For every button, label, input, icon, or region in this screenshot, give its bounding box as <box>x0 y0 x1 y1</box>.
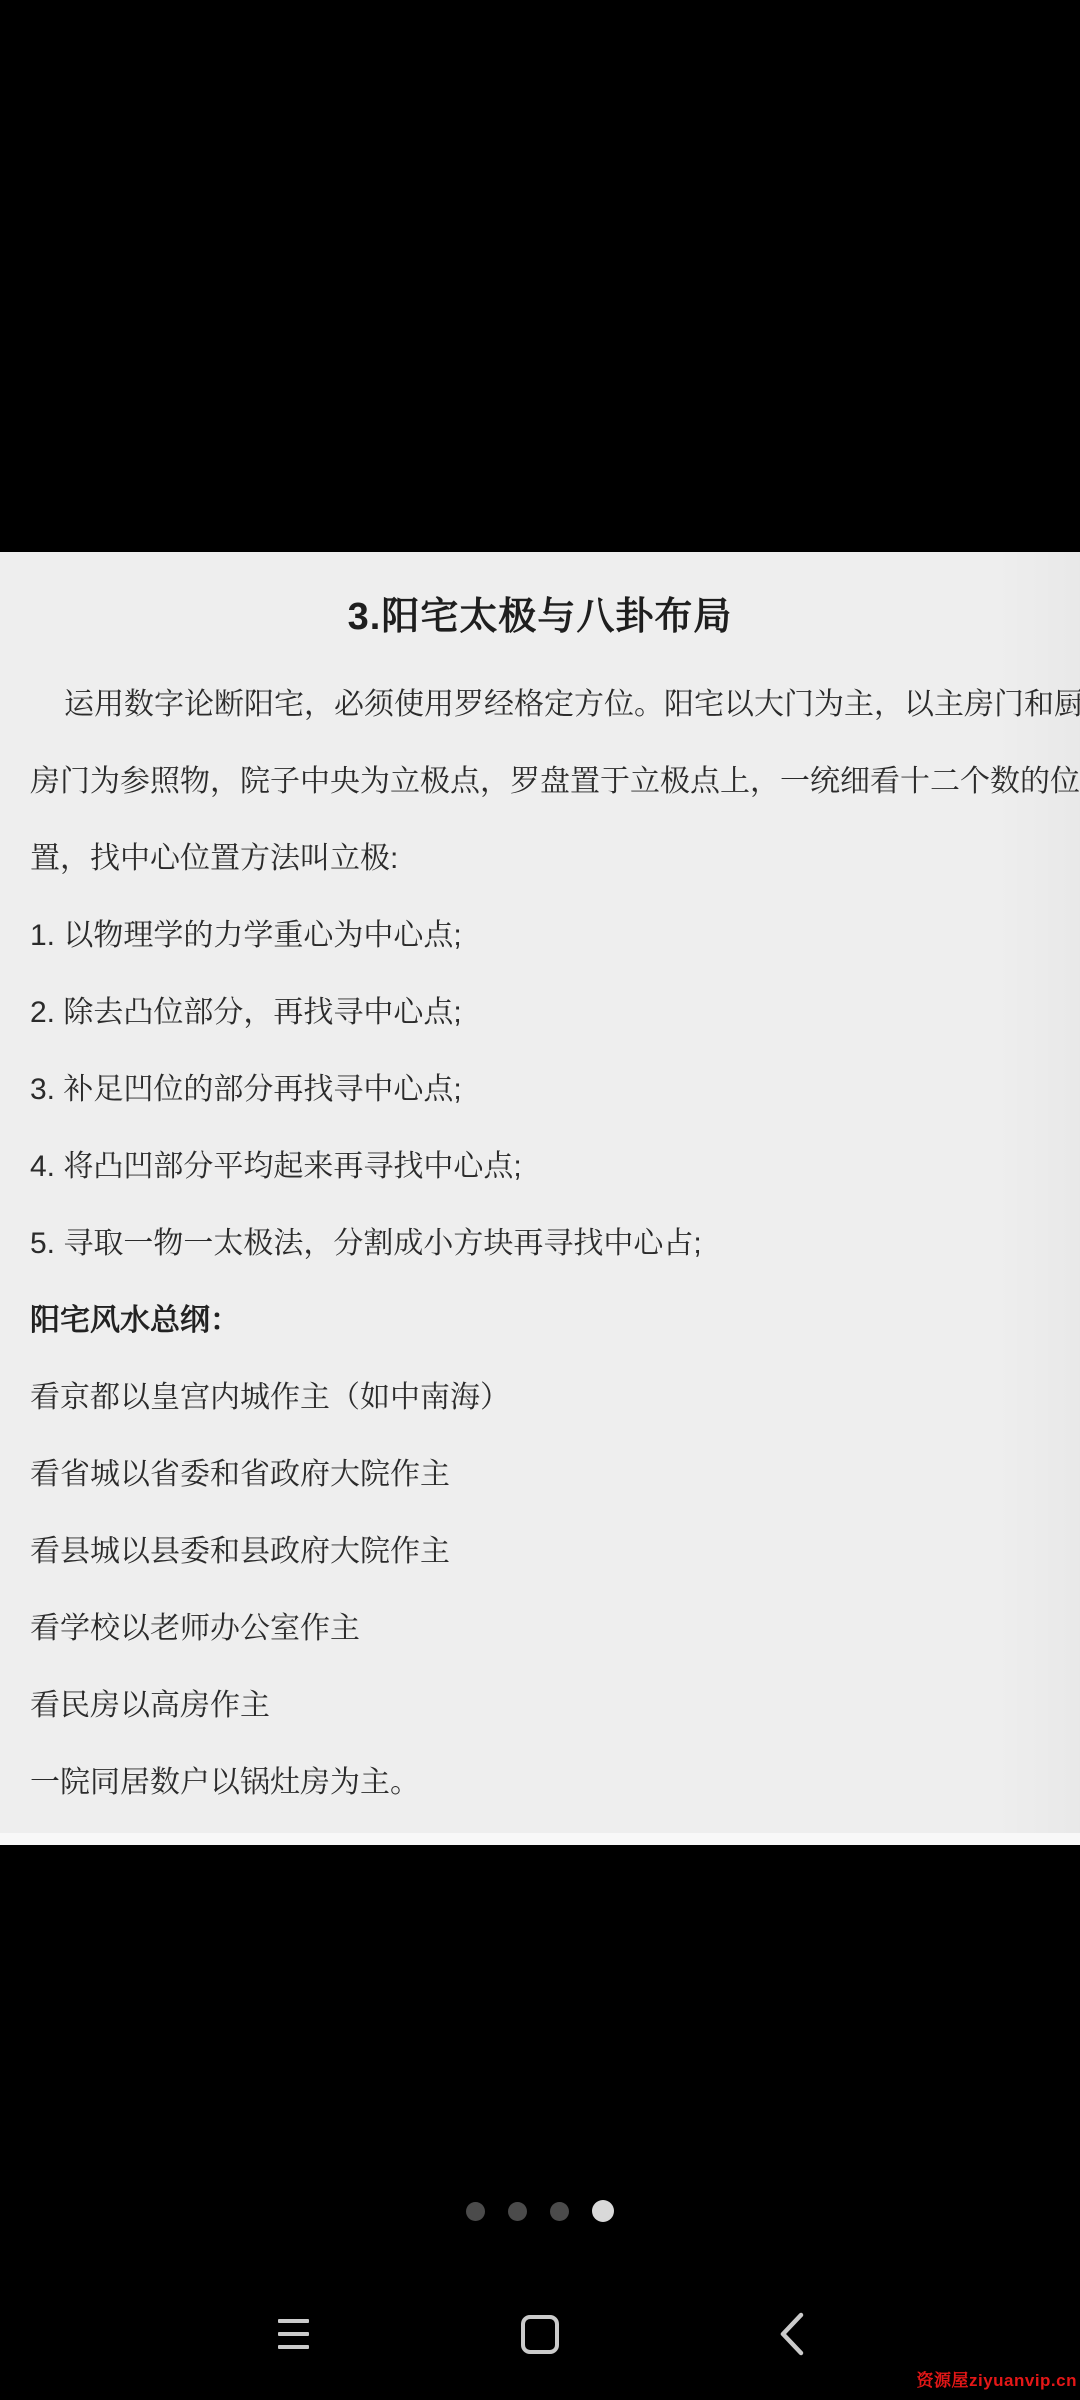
page-bottom-edge <box>0 1833 1080 1845</box>
back-button[interactable] <box>762 2304 822 2364</box>
numbered-item: 3. 补足凹位的部分再找寻中心点; <box>30 1051 1050 1128</box>
numbered-item: 1. 以物理学的力学重心为中心点; <box>30 897 1050 974</box>
principle-line: 一院同居数户以锅灶房为主。 <box>30 1744 1050 1821</box>
principle-line: 看学校以老师办公室作主 <box>30 1590 1050 1667</box>
home-button[interactable] <box>510 2304 570 2364</box>
page-indicator <box>0 2199 1080 2223</box>
page-title: 3.阳宅太极与八卦布局 <box>30 590 1050 644</box>
principle-line: 看省城以省委和省政府大院作主 <box>30 1436 1050 1513</box>
numbered-item: 4. 将凸凹部分平均起来再寻找中心点; <box>30 1128 1050 1205</box>
paragraph-line: 运用数字论断阳宅，必须使用罗经格定方位。阳宅以大门为主，以主房门和厨 <box>30 666 1050 743</box>
page-dot-active <box>592 2200 614 2222</box>
menu-icon <box>278 2315 309 2354</box>
page-dot <box>550 2202 569 2221</box>
page-dot <box>508 2202 527 2221</box>
paragraph-line: 置，找中心位置方法叫立极: <box>30 820 1050 897</box>
principle-line: 看京都以皇宫内城作主（如中南海） <box>30 1359 1050 1436</box>
page-dot <box>466 2202 485 2221</box>
back-icon <box>778 2311 806 2357</box>
phone-screen: { "doc": { "title": "3.阳宅太极与八卦布局", "para… <box>0 0 1080 2400</box>
numbered-item: 5. 寻取一物一太极法，分割成小方块再寻找中心占; <box>30 1205 1050 1282</box>
home-icon <box>521 2315 559 2354</box>
section-heading: 阳宅风水总纲： <box>30 1282 1050 1359</box>
principle-line: 看民房以高房作主 <box>30 1667 1050 1744</box>
menu-button[interactable] <box>263 2304 323 2364</box>
paragraph-line: 房门为参照物，院子中央为立极点，罗盘置于立极点上，一统细看十二个数的位 <box>30 743 1050 820</box>
document-page[interactable]: 3.阳宅太极与八卦布局 运用数字论断阳宅，必须使用罗经格定方位。阳宅以大门为主，… <box>0 552 1080 1845</box>
watermark-text: 资源屋ziyuanvip.cn <box>916 2366 1077 2391</box>
top-letterbox <box>0 0 1080 552</box>
numbered-item: 2. 除去凸位部分，再找寻中心点; <box>30 974 1050 1051</box>
principle-line: 看县城以县委和县政府大院作主 <box>30 1513 1050 1590</box>
